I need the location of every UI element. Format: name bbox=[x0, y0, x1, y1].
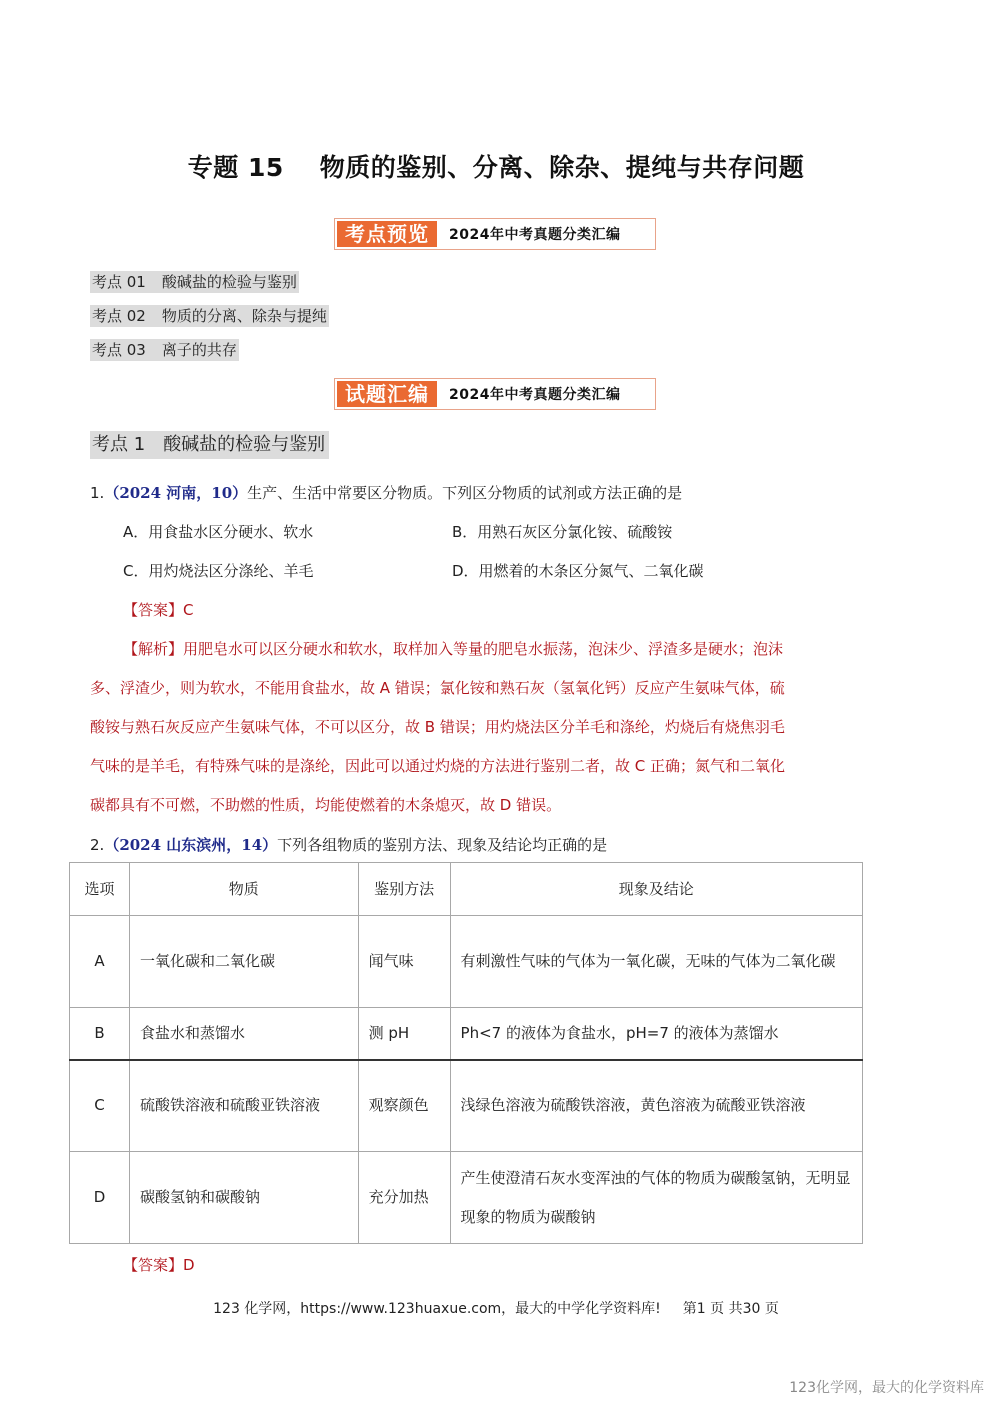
q1-analysis-line-1: 【解析】用肥皂水可以区分硬水和软水，取样加入等量的肥皂水振荡，泡沫少、浮渣多是硬… bbox=[123, 638, 783, 659]
banner-preview: 考点预览 2024年中考真题分类汇编 bbox=[334, 218, 656, 250]
toc-item-02: 考点 02物质的分离、除杂与提纯 bbox=[90, 305, 329, 327]
cell-substance: 食盐水和蒸馏水 bbox=[129, 1008, 358, 1060]
toc-label: 物质的分离、除杂与提纯 bbox=[162, 307, 327, 325]
cell-method: 观察颜色 bbox=[358, 1060, 450, 1152]
banner-questions: 试题汇编 2024年中考真题分类汇编 bbox=[334, 378, 656, 410]
cell-result: Ph<7 的液体为食盐水，pH=7 的液体为蒸馏水 bbox=[450, 1008, 862, 1060]
q1-analysis-line-5: 碳都具有不可燃，不助燃的性质，均能使燃着的木条熄灭，故 D 错误。 bbox=[90, 794, 561, 815]
cell-option: B bbox=[70, 1008, 130, 1060]
analysis-label: 【解析】 bbox=[123, 640, 183, 658]
q1-number: 1. bbox=[90, 484, 104, 502]
q2-answer: 【答案】D bbox=[123, 1254, 195, 1275]
page-title: 专题 15物质的鉴别、分离、除杂、提纯与共存问题 bbox=[0, 148, 992, 184]
topic-title: 物质的鉴别、分离、除杂、提纯与共存问题 bbox=[320, 153, 805, 182]
q1-stem: 1.（2024 河南，10）生产、生活中常要区分物质。下列区分物质的试剂或方法正… bbox=[90, 482, 682, 503]
q1-analysis-line-2: 多、浮渣少，则为软水，不能用食盐水，故 A 错误；氯化铵和熟石灰（氢氧化钙）反应… bbox=[90, 677, 785, 698]
cell-method: 测 pH bbox=[358, 1008, 450, 1060]
table-row: C 硫酸铁溶液和硫酸亚铁溶液 观察颜色 浅绿色溶液为硫酸铁溶液，黄色溶液为硫酸亚… bbox=[70, 1060, 863, 1152]
q1-stem-text: 生产、生活中常要区分物质。下列区分物质的试剂或方法正确的是 bbox=[247, 484, 682, 502]
cell-method: 闻气味 bbox=[358, 916, 450, 1008]
q2-table: 选项 物质 鉴别方法 现象及结论 A 一氧化碳和二氧化碳 闻气味 有刺激性气味的… bbox=[69, 862, 863, 1244]
banner-subtitle: 2024年中考真题分类汇编 bbox=[449, 224, 620, 244]
table-row: B 食盐水和蒸馏水 测 pH Ph<7 的液体为食盐水，pH=7 的液体为蒸馏水 bbox=[70, 1008, 863, 1060]
q1-option-c: C．用灼烧法区分涤纶、羊毛 bbox=[123, 560, 313, 581]
cell-substance: 碳酸氢钠和碳酸钠 bbox=[129, 1152, 358, 1244]
toc-code: 考点 01 bbox=[92, 273, 146, 291]
q1-source: （2024 河南，10） bbox=[104, 484, 247, 502]
answer-value: D bbox=[183, 1256, 195, 1274]
q2-source: （2024 山东滨州，14） bbox=[104, 836, 277, 854]
answer-label: 【答案】 bbox=[123, 601, 183, 619]
q2-number: 2. bbox=[90, 836, 104, 854]
header-result: 现象及结论 bbox=[450, 863, 862, 916]
toc-label: 酸碱盐的检验与鉴别 bbox=[162, 273, 297, 291]
watermark: 123化学网，最大的化学资料库 bbox=[789, 1377, 984, 1397]
toc-item-03: 考点 03离子的共存 bbox=[90, 339, 239, 361]
q1-answer: 【答案】C bbox=[123, 599, 194, 620]
q1-option-b: B．用熟石灰区分氯化铵、硫酸铵 bbox=[452, 521, 672, 542]
q2-stem-text: 下列各组物质的鉴别方法、现象及结论均正确的是 bbox=[277, 836, 607, 854]
section-label: 酸碱盐的检验与鉴别 bbox=[163, 434, 325, 455]
analysis-text: 用肥皂水可以区分硬水和软水，取样加入等量的肥皂水振荡，泡沫少、浮渣多是硬水；泡沫 bbox=[183, 640, 783, 658]
section-heading: 考点 1酸碱盐的检验与鉴别 bbox=[90, 431, 329, 459]
page-footer: 123 化学网，https://www.123huaxue.com，最大的中学化… bbox=[0, 1298, 992, 1318]
q1-analysis-line-3: 酸铵与熟石灰反应产生氨味气体，不可以区分，故 B 错误；用灼烧法区分羊毛和涤纶，… bbox=[90, 716, 785, 737]
toc-code: 考点 02 bbox=[92, 307, 146, 325]
answer-label: 【答案】 bbox=[123, 1256, 183, 1274]
cell-result: 产生使澄清石灰水变浑浊的气体的物质为碳酸氢钠，无明显现象的物质为碳酸钠 bbox=[450, 1152, 862, 1244]
toc-code: 考点 03 bbox=[92, 341, 146, 359]
header-substance: 物质 bbox=[129, 863, 358, 916]
q1-option-a: A．用食盐水区分硬水、软水 bbox=[123, 521, 313, 542]
cell-method: 充分加热 bbox=[358, 1152, 450, 1244]
toc-item-01: 考点 01酸碱盐的检验与鉴别 bbox=[90, 271, 299, 293]
page-number: 第1 页 共30 页 bbox=[683, 1301, 779, 1317]
table-row: D 碳酸氢钠和碳酸钠 充分加热 产生使澄清石灰水变浑浊的气体的物质为碳酸氢钠，无… bbox=[70, 1152, 863, 1244]
cell-option: C bbox=[70, 1060, 130, 1152]
cell-result: 浅绿色溶液为硫酸铁溶液，黄色溶液为硫酸亚铁溶液 bbox=[450, 1060, 862, 1152]
table-row: A 一氧化碳和二氧化碳 闻气味 有刺激性气味的气体为一氧化碳，无味的气体为二氧化… bbox=[70, 916, 863, 1008]
banner-tag: 试题汇编 bbox=[337, 381, 437, 407]
header-method: 鉴别方法 bbox=[358, 863, 450, 916]
table-header-row: 选项 物质 鉴别方法 现象及结论 bbox=[70, 863, 863, 916]
banner-tag: 考点预览 bbox=[337, 221, 437, 247]
banner-subtitle: 2024年中考真题分类汇编 bbox=[449, 384, 620, 404]
toc-label: 离子的共存 bbox=[162, 341, 237, 359]
q1-analysis-line-4: 气味的是羊毛，有特殊气味的是涤纶，因此可以通过灼烧的方法进行鉴别二者，故 C 正… bbox=[90, 755, 785, 776]
q1-option-d: D．用燃着的木条区分氮气、二氧化碳 bbox=[452, 560, 704, 581]
cell-option: D bbox=[70, 1152, 130, 1244]
answer-value: C bbox=[183, 601, 193, 619]
cell-option: A bbox=[70, 916, 130, 1008]
topic-number: 专题 15 bbox=[188, 153, 284, 182]
q2-stem: 2.（2024 山东滨州，14）下列各组物质的鉴别方法、现象及结论均正确的是 bbox=[90, 834, 607, 855]
section-code: 考点 1 bbox=[92, 434, 145, 455]
footer-text: 123 化学网，https://www.123huaxue.com，最大的中学化… bbox=[213, 1301, 661, 1317]
header-option: 选项 bbox=[70, 863, 130, 916]
cell-result: 有刺激性气味的气体为一氧化碳，无味的气体为二氧化碳 bbox=[450, 916, 862, 1008]
cell-substance: 硫酸铁溶液和硫酸亚铁溶液 bbox=[129, 1060, 358, 1152]
cell-substance: 一氧化碳和二氧化碳 bbox=[129, 916, 358, 1008]
